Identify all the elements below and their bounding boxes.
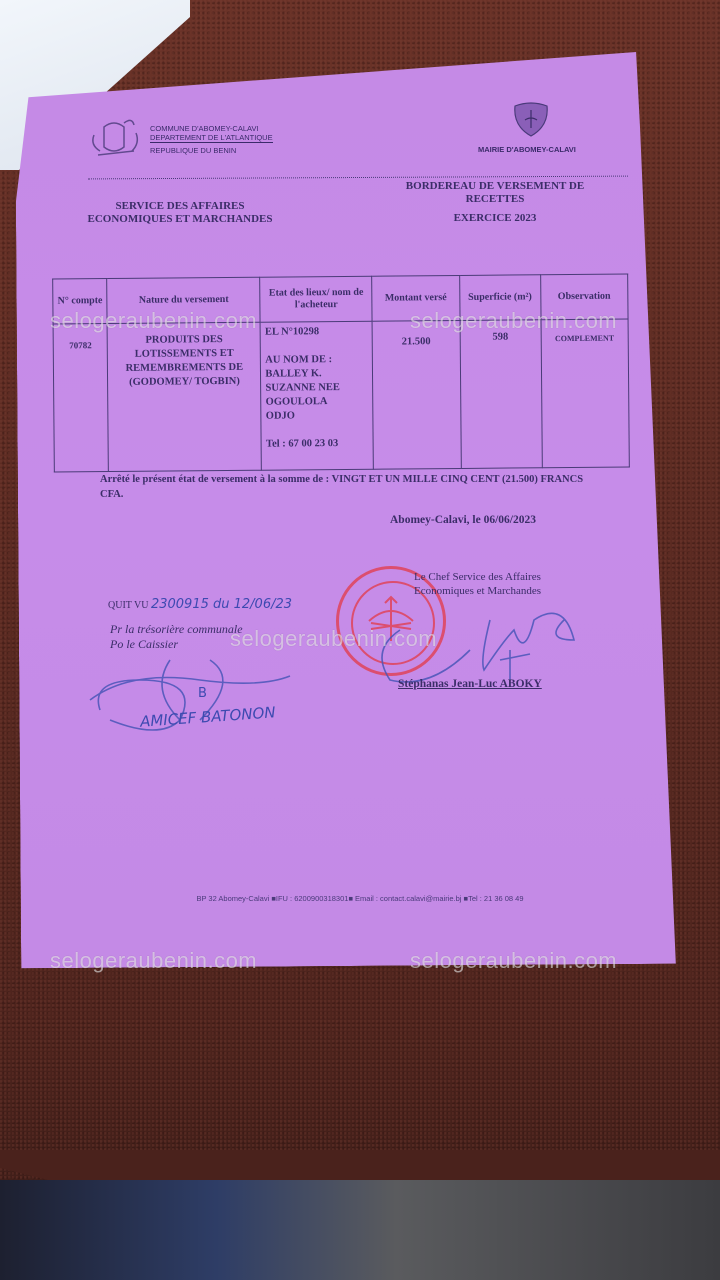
- floor: [0, 1180, 720, 1280]
- versement-table: N° compte Nature du versement Etat des l…: [52, 273, 630, 472]
- signer-name: Stéphanas Jean-Luc ABOKY: [398, 678, 542, 690]
- abomey-calavi-emblem-icon: [510, 100, 552, 140]
- etat-line: SUZANNE NEE: [265, 381, 368, 396]
- service-title-line2: ECONOMIQUES ET MARCHANDES: [70, 213, 290, 226]
- table-row: 70782 PRODUITS DES LOTISSEMENTS ET REMEM…: [53, 319, 629, 472]
- departement-label: DEPARTEMENT DE L'ATLANTIQUE: [150, 133, 273, 143]
- place-date: Abomey-Calavi, le 06/06/2023: [390, 514, 536, 526]
- cell-montant: 21.500: [372, 320, 461, 469]
- col-etat: Etat des lieux/ nom de l'acheteur: [260, 276, 372, 322]
- benin-coat-of-arms-icon: [88, 115, 144, 165]
- republique-label: REPUBLIQUE DU BENIN: [150, 146, 273, 155]
- watermark: selogeraubenin.com: [230, 626, 437, 652]
- etat-line: OGOULOLA: [266, 395, 369, 410]
- quit-vu-label: QUIT VU: [108, 600, 148, 611]
- doc-title-line2: RECETTES: [380, 193, 610, 206]
- cell-nature: PRODUITS DES LOTISSEMENTS ET REMEMBREMEN…: [107, 322, 261, 471]
- exercice-label: EXERCICE 2023: [380, 212, 610, 225]
- chef-title-line1: Le Chef Service des Affaires: [414, 570, 614, 584]
- cashier-initial: B: [198, 686, 207, 701]
- service-title-line1: SERVICE DES AFFAIRES: [70, 200, 290, 213]
- watermark: selogeraubenin.com: [50, 948, 257, 974]
- etat-line: BALLEY K.: [265, 367, 368, 382]
- etat-phone: Tel : 67 00 23 03: [266, 437, 369, 452]
- service-title: SERVICE DES AFFAIRES ECONOMIQUES ET MARC…: [70, 200, 290, 226]
- quit-vu: QUIT VU 2300915 du 12/06/23: [108, 597, 292, 612]
- document-footer: BP 32 Abomey-Calavi ■IFU : 6200900318301…: [0, 894, 720, 903]
- cell-etat: EL N°10298 AU NOM DE : BALLEY K. SUZANNE…: [260, 321, 373, 470]
- quit-vu-handwritten: 2300915 du 12/06/23: [151, 597, 292, 612]
- etat-line: ODJO: [266, 409, 369, 424]
- document-title: BORDEREAU DE VERSEMENT DE RECETTES EXERC…: [380, 180, 610, 225]
- watermark: selogeraubenin.com: [410, 308, 617, 334]
- header-left: COMMUNE D'ABOMEY-CALAVI DEPARTEMENT DE L…: [150, 124, 273, 155]
- commune-label: COMMUNE D'ABOMEY-CALAVI: [150, 124, 273, 133]
- arrete-paragraph: Arrêté le présent état de versement à la…: [100, 472, 600, 502]
- cell-compte: 70782: [53, 324, 109, 472]
- watermark: selogeraubenin.com: [410, 948, 617, 974]
- watermark: selogeraubenin.com: [50, 308, 257, 334]
- cell-observation: COMPLEMENT: [541, 319, 630, 468]
- cell-superficie: 598: [460, 320, 542, 469]
- tresoriere-line1: Pr la trésorière communale: [110, 622, 243, 637]
- etat-line: AU NOM DE :: [265, 353, 368, 368]
- doc-title-line1: BORDEREAU DE VERSEMENT DE: [380, 180, 610, 193]
- mairie-label: MAIRIE D'ABOMEY-CALAVI: [478, 145, 576, 154]
- etat-line: EL N°10298: [265, 325, 368, 340]
